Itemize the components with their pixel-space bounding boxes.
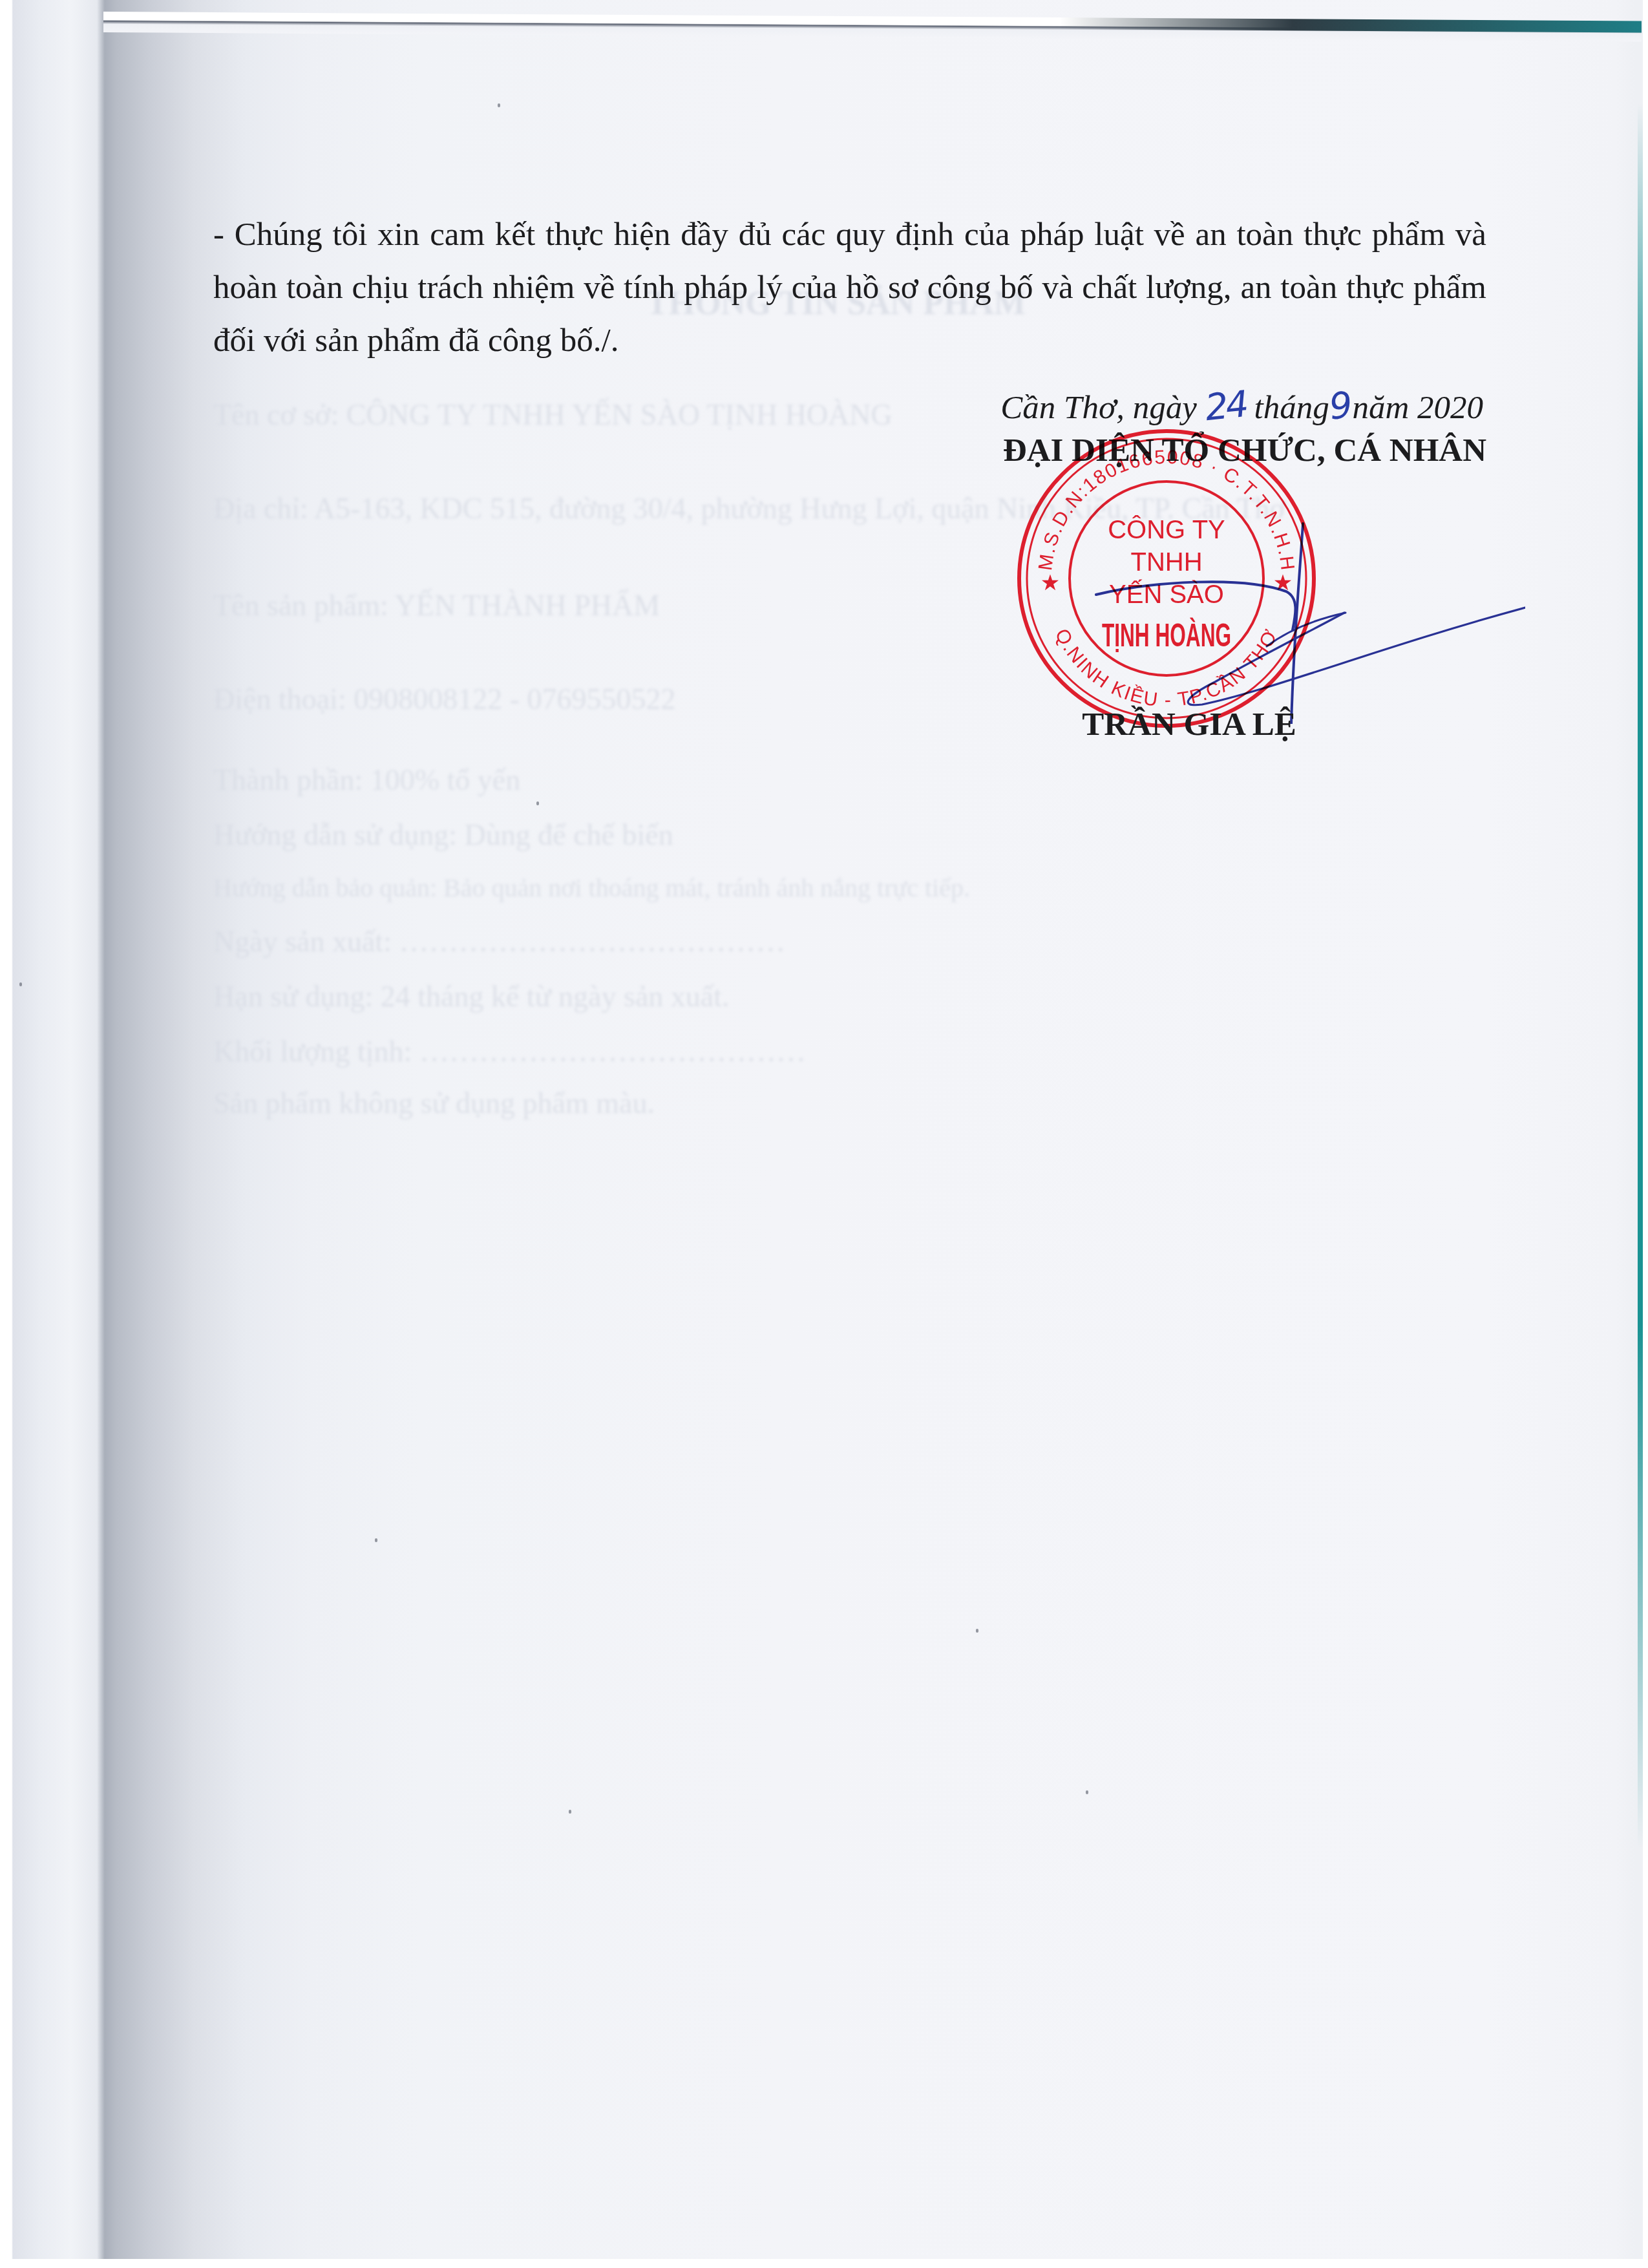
date-line: Cần Thơ, ngày 24 tháng9năm 2020	[940, 385, 1483, 427]
scan-margin-right	[1643, 0, 1648, 2268]
handwritten-day: 24	[1203, 383, 1248, 429]
scan-speck	[375, 1538, 377, 1542]
bleed-through-line: Điện thoại: 0908008122 - 0769550522	[213, 682, 676, 716]
bleed-through-line: Hướng dẫn sử dụng: Dùng để chế biến	[213, 818, 673, 852]
bleed-through-line: Tên sản phẩm: YẾN THÀNH PHẨM	[213, 588, 660, 622]
bleed-through-line: Hướng dẫn bảo quản: Bảo quản nơi thoáng …	[213, 873, 970, 903]
scan-speck	[19, 982, 22, 986]
handwritten-signature	[1073, 452, 1525, 724]
scan-speck	[569, 1810, 571, 1814]
date-month-label: tháng	[1254, 390, 1329, 426]
date-year-label: năm 2020	[1352, 390, 1483, 426]
scan-speck	[976, 1629, 978, 1633]
bleed-through-line: Khối lượng tịnh: …………………………………	[213, 1034, 806, 1068]
bleed-through-line: Hạn sử dụng: 24 tháng kể từ ngày sản xuấ…	[213, 979, 730, 1013]
date-place-prefix: Cần Thơ, ngày	[1000, 390, 1197, 426]
scan-speck	[536, 801, 539, 805]
signer-name: TRẦN GIA LỆ	[1060, 706, 1318, 743]
scan-speck	[498, 103, 500, 107]
scan-speck	[1086, 1790, 1088, 1794]
bleed-through-line: Thành phần: 100% tổ yến	[213, 763, 520, 797]
stamp-star-icon: ★	[1041, 571, 1060, 595]
page-right-edge	[1638, 103, 1643, 1849]
scan-margin-bottom	[0, 2259, 1648, 2268]
bleed-through-line: Tên cơ sở: CÔNG TY TNHH YẾN SÀO TỊNH HOÀ…	[213, 397, 893, 432]
commitment-paragraph: - Chúng tôi xin cam kết thực hiện đầy đủ…	[213, 208, 1486, 367]
bleed-through-line: Ngày sản xuất: …………………………………	[213, 924, 785, 959]
handwritten-month: 9	[1327, 384, 1354, 428]
bleed-through-line: Sản phẩm không sử dụng phẩm màu.	[213, 1086, 655, 1120]
